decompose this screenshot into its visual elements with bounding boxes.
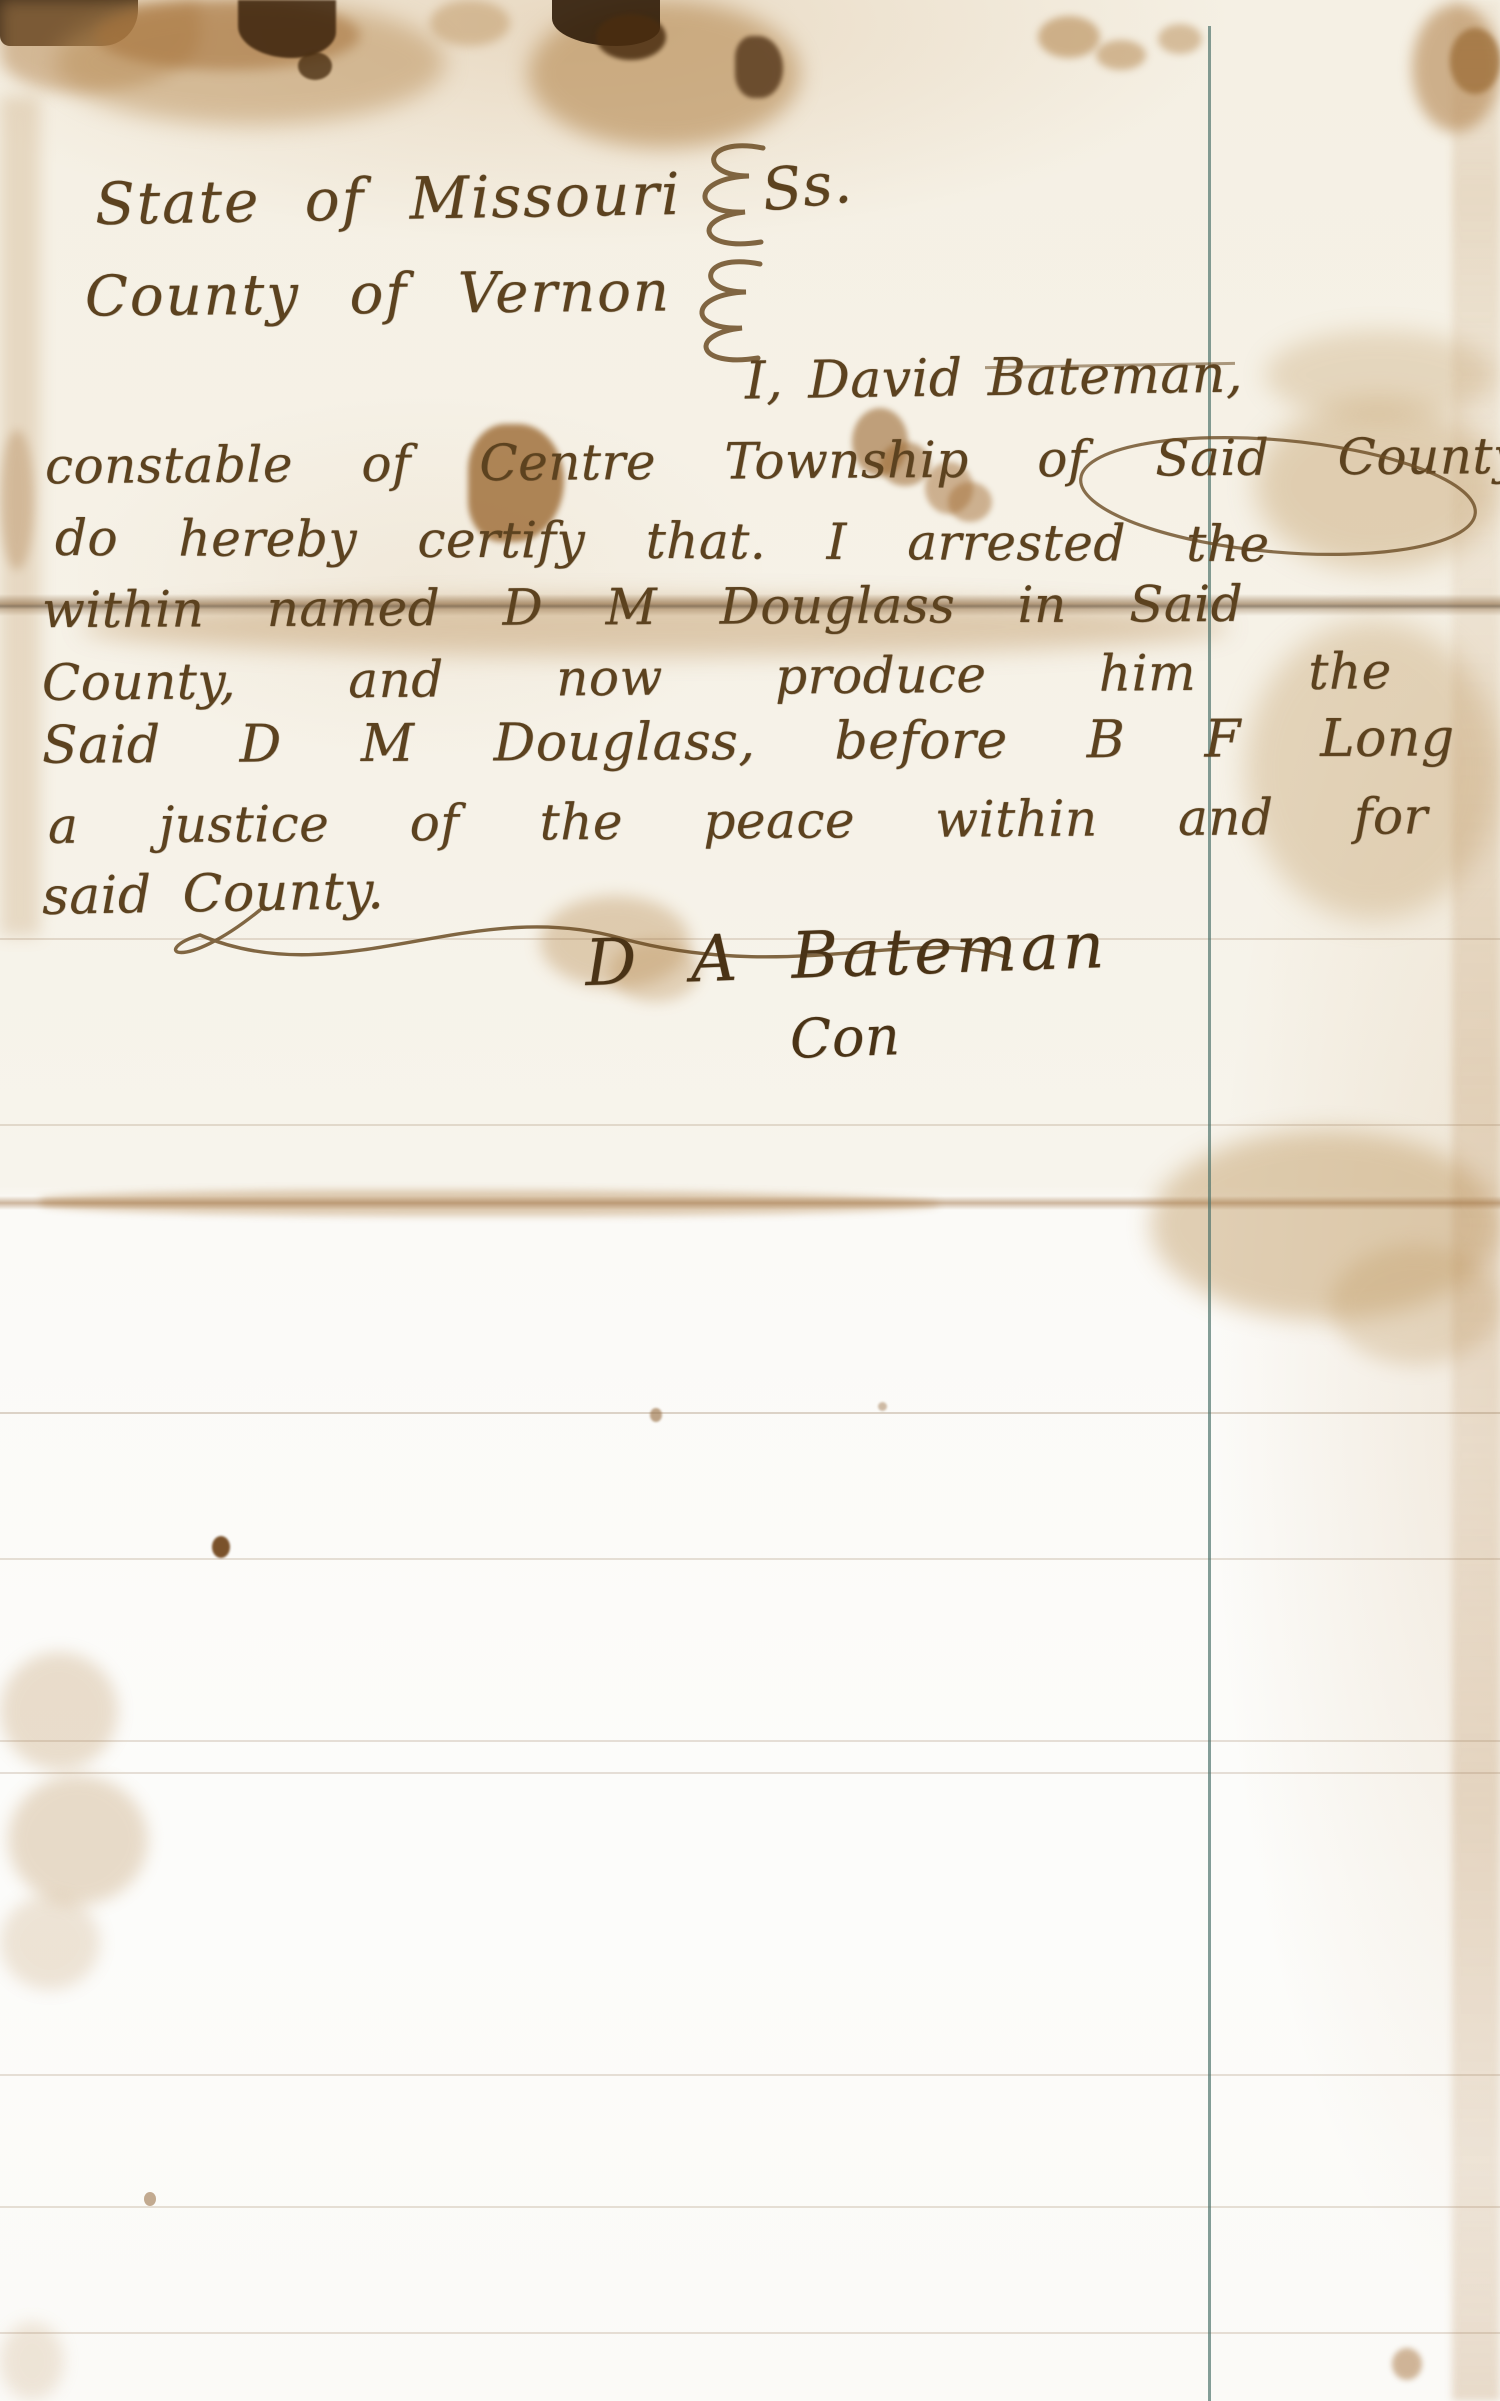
stain <box>596 14 666 60</box>
signature-title: Con <box>789 1004 901 1071</box>
paper-crease-line <box>0 1558 1500 1560</box>
stain <box>735 36 783 98</box>
paper-crease-line <box>0 1772 1500 1774</box>
ink-dot <box>212 1536 230 1558</box>
paper-crease-line <box>0 2332 1500 2334</box>
county-line: County of Vernon <box>85 259 671 329</box>
body-line-2: do hereby certify that. I arrested the <box>55 509 1270 573</box>
scanned-document-page: State of Missouri Ss. County of Vernon I… <box>0 0 1500 2401</box>
fingerprint-smudge <box>0 1895 100 1990</box>
stain <box>650 1408 662 1422</box>
stain <box>1392 2348 1422 2380</box>
body-line-3: within named D M Douglass in Said <box>42 575 1244 639</box>
paper-crease-line <box>0 1124 1500 1126</box>
stain <box>1096 40 1146 70</box>
opening-line: I, David Bateman, <box>745 345 1244 412</box>
fingerprint-smudge <box>0 1652 118 1770</box>
stain <box>1038 16 1100 58</box>
stain <box>878 1402 887 1411</box>
stain <box>0 430 34 570</box>
body-line-5: Said D M Douglass, before B F Long <box>42 708 1455 775</box>
paper-crease-line <box>0 1412 1500 1414</box>
state-line: State of Missouri <box>94 160 682 238</box>
stain <box>430 0 510 46</box>
stain <box>298 52 332 80</box>
ink-dot <box>144 2192 156 2206</box>
stain <box>1158 24 1202 54</box>
fingerprint-smudge <box>8 1775 148 1905</box>
body-line-4: County, and now produce him the <box>42 642 1392 712</box>
ss-abbreviation: Ss. <box>759 148 855 225</box>
paper-crease-line <box>0 2206 1500 2208</box>
paper-crease-line <box>0 1740 1500 1742</box>
body-line-6: a justice of the peace within and for <box>48 787 1428 855</box>
fold-crease <box>0 1196 1500 1210</box>
paper-crease-line <box>0 2074 1500 2076</box>
